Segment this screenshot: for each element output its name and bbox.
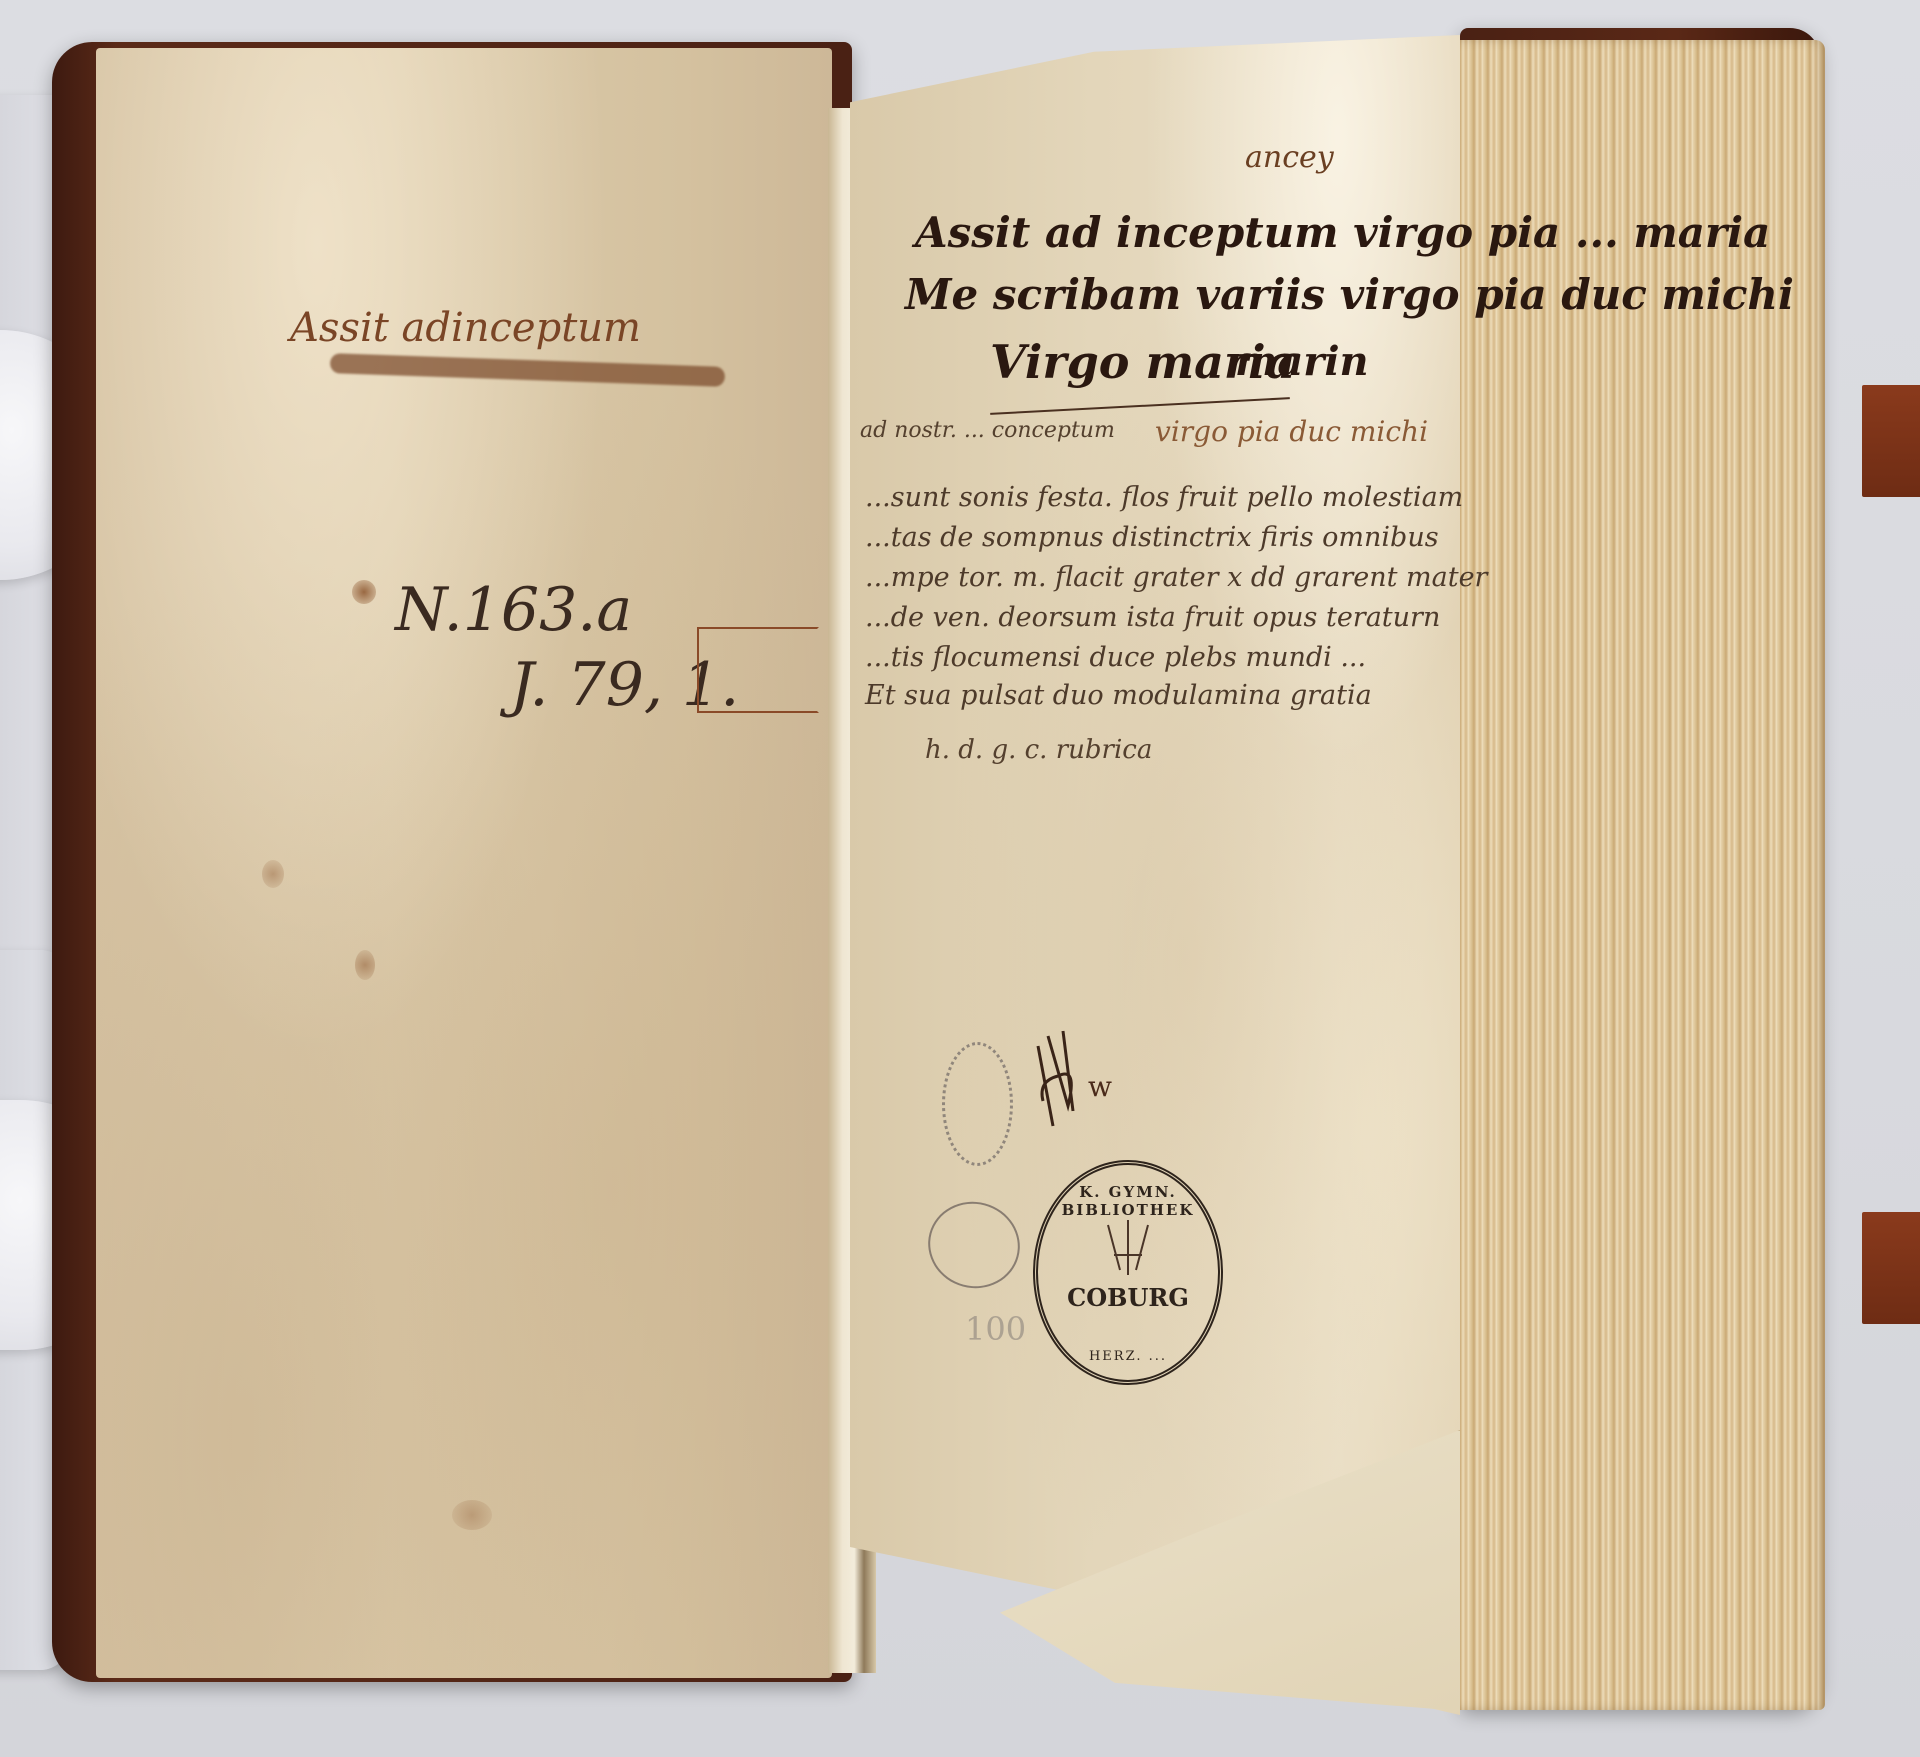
monogram-icon (1018, 1026, 1088, 1136)
verse-line: ...de ven. deorsum ista fruit opus terat… (865, 602, 1440, 633)
shelfmark-box (697, 627, 819, 713)
verse-line: Et sua pulsat duo modulamina gratia (865, 680, 1372, 711)
stamp-center-text: COBURG (1038, 1283, 1218, 1312)
under-note-right: virgo pia duc michi (1155, 415, 1428, 448)
crown-emblem-icon (1100, 1215, 1156, 1285)
verse-line: ...tis flocumensi duce plebs mundi ... (865, 642, 1366, 673)
title-marginal: marin (1235, 338, 1369, 385)
shelfmark-old: N.163.a (395, 575, 632, 645)
top-note: ancey (1245, 140, 1334, 175)
rosette-stamp-faded (942, 1042, 1013, 1166)
title-line-2: Me scribam variis virgo pia duc michi (905, 270, 1794, 319)
stain-spot (352, 580, 376, 604)
clasp-strap-bottom (1862, 1212, 1920, 1324)
verse-line: ...tas de sompnus distinctrix firis omni… (865, 522, 1439, 553)
verse-line: ...mpe tor. m. flacit grater x dd graren… (865, 562, 1487, 593)
stain-spot (262, 860, 284, 888)
pencil-number: 100 (965, 1310, 1026, 1348)
stamp-ring-bottom: HERZ. ... (1038, 1349, 1218, 1364)
stamp-ring-text: K. GYMN. BIBLIOTHEK (1038, 1183, 1218, 1219)
stain-spot (452, 1500, 492, 1530)
struck-out-inscription: Assit adinceptum (290, 305, 641, 351)
verse-line: ...sunt sonis festa. flos fruit pello mo… (865, 482, 1463, 513)
signature-line: h. d. g. c. rubrica (925, 735, 1152, 765)
left-pastedown-page (96, 48, 832, 1678)
small-ink-mark: w (1088, 1070, 1112, 1103)
under-note-left: ad nostr. ... conceptum (860, 418, 1115, 443)
library-stamp: K. GYMN. BIBLIOTHEK COBURG HERZ. ... (1033, 1160, 1223, 1385)
title-line-1: Assit ad inceptum virgo pia ... maria (915, 208, 1770, 257)
clasp-strap-top (1862, 385, 1920, 497)
stain-spot (355, 950, 375, 980)
